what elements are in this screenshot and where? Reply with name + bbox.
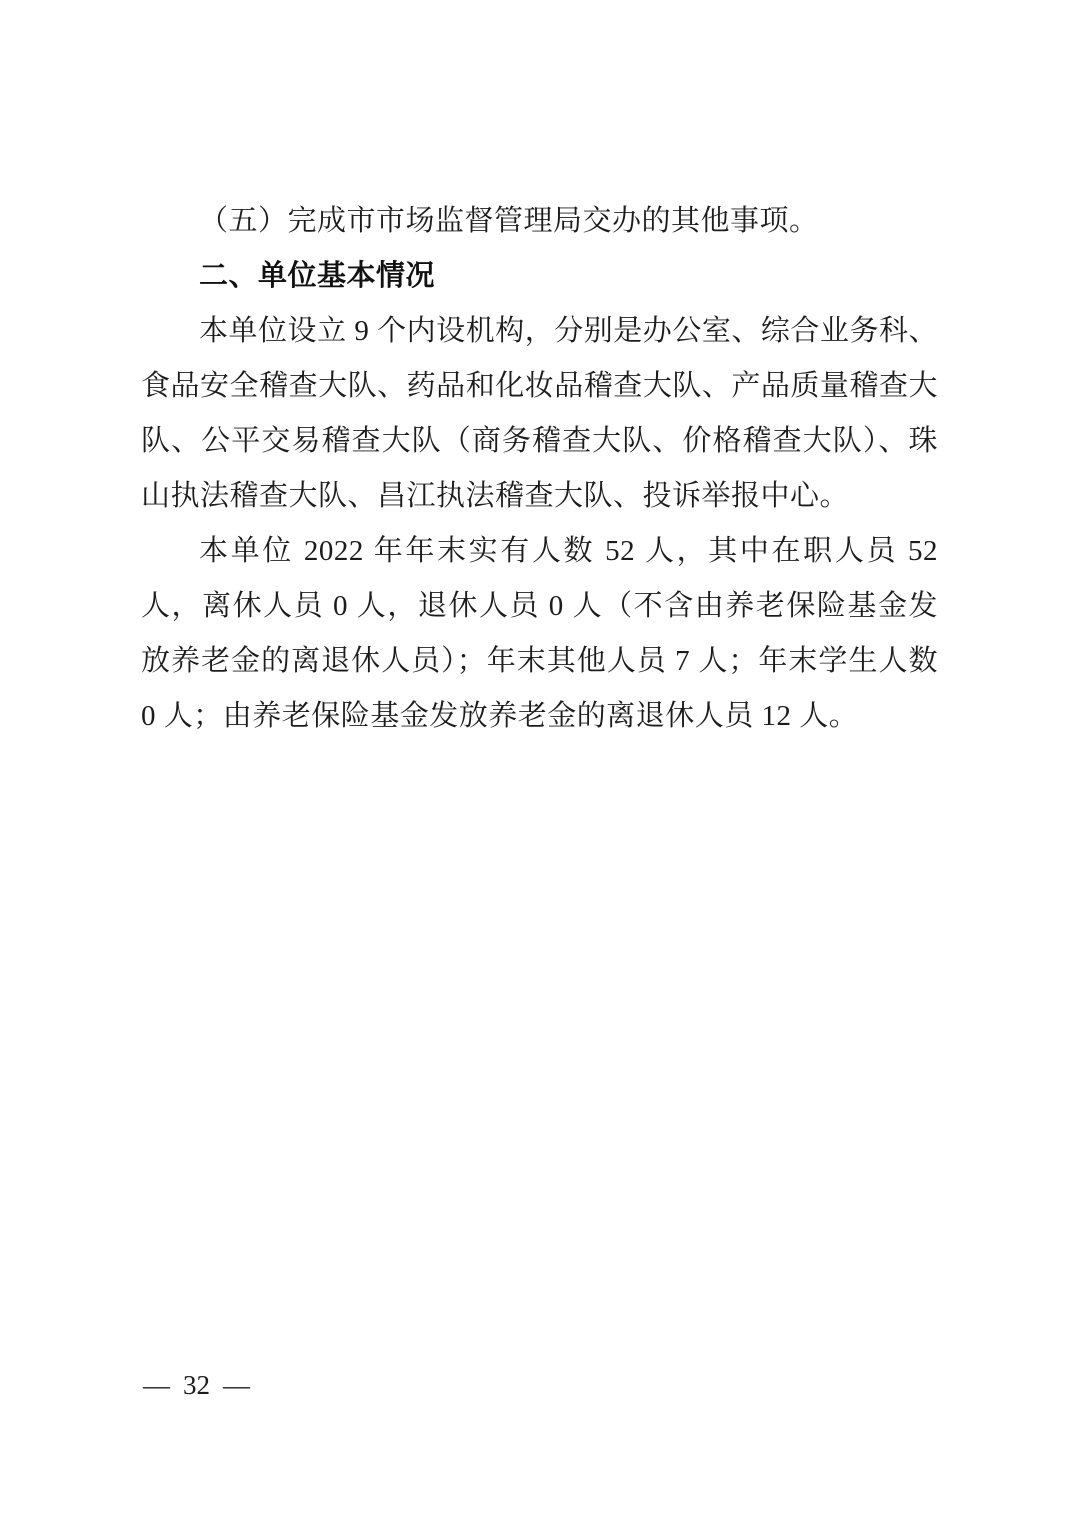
paragraph-item-five: （五）完成市市场监督管理局交办的其他事项。	[141, 194, 938, 249]
paragraph-staff-numbers: 本单位 2022 年年末实有人数 52 人，其中在职人员 52 人，离休人员 0…	[141, 524, 938, 744]
paragraph-internal-organizations: 本单位设立 9 个内设机构，分别是办公室、综合业务科、食品安全稽查大队、药品和化…	[141, 304, 938, 524]
document-body: （五）完成市市场监督管理局交办的其他事项。 二、单位基本情况 本单位设立 9 个…	[141, 194, 938, 744]
page-footer: — 32 —	[143, 1368, 250, 1402]
section-heading-unit-basic-info: 二、单位基本情况	[141, 249, 938, 304]
document-page: （五）完成市市场监督管理局交办的其他事项。 二、单位基本情况 本单位设立 9 个…	[0, 0, 1074, 1520]
footer-dash-right: —	[223, 1368, 250, 1402]
page-number: 32	[183, 1368, 210, 1402]
footer-dash-left: —	[143, 1368, 170, 1402]
